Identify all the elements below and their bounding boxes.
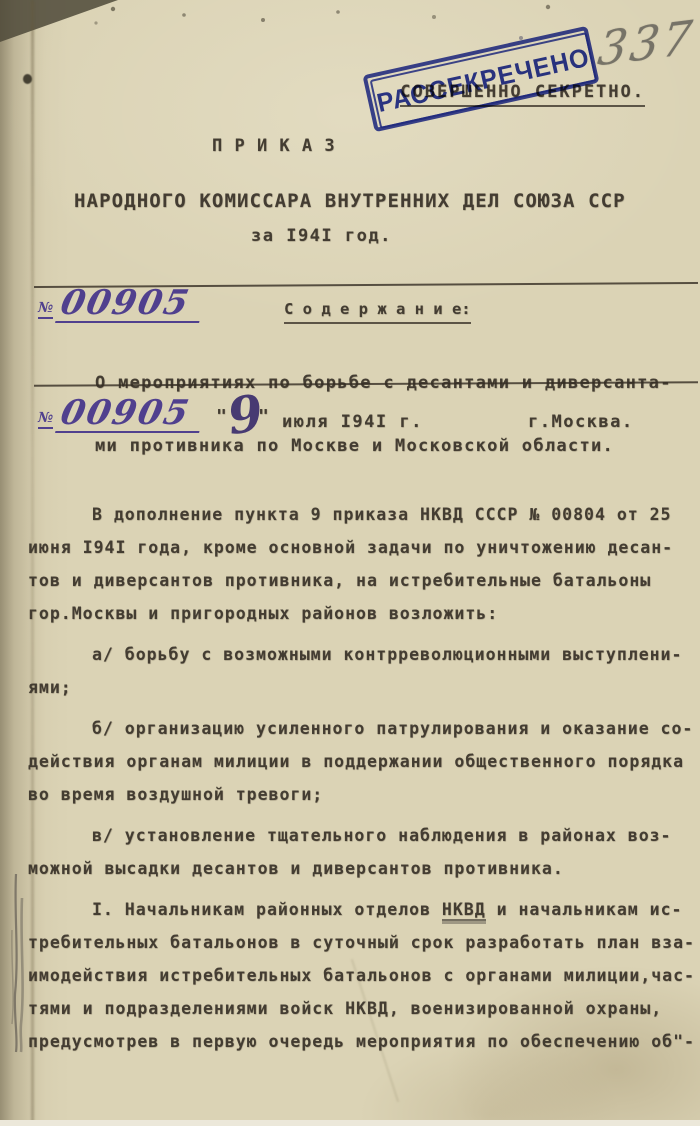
body-line: во время воздушной тревоги; [28,778,698,811]
body-line: действия органам милиции в поддержании о… [28,745,698,778]
body-line: В дополнение пункта 9 приказа НКВД СССР … [28,498,698,531]
handwritten-order-number-dateline: № 00905 [38,396,204,433]
number-sign: № [38,300,53,319]
body-line: имодействия истребительных батальонов с … [28,959,698,992]
body-line: I. Начальникам районных отделов НКВД и н… [28,893,698,926]
body-line: в/ установление тщательного наблюдения в… [28,819,698,852]
body-line: гор.Москвы и пригородных районов возложи… [28,597,698,630]
margin-pencil-marks [6,872,34,1054]
stamp-text: РАССЕКРЕЧЕНО [374,42,592,119]
handwritten-page-number: 337 [595,9,698,76]
stamp-inner-border: РАССЕКРЕЧЕНО [370,32,598,129]
order-title: П Р И К А З [212,136,336,156]
body-line: б/ организацию усиленного патрулирования… [28,712,698,745]
order-body: В дополнение пункта 9 приказа НКВД СССР … [28,490,698,1066]
pencil-underlined-word: НКВД [442,900,486,919]
body-line: а/ борьбу с возможными контрреволюционны… [28,638,698,671]
city: г.Москва. [528,412,634,432]
number-sign: № [38,410,53,429]
dust-specks [0,0,2,2]
body-line: можной высадки десантов и диверсантов пр… [28,852,698,885]
handwritten-order-number-summary: № 00905 [38,286,204,323]
date-open-quote: " [216,406,227,427]
body-line: тов и диверсантов противника, на истреби… [28,564,698,597]
page-bottom-edge [0,1120,700,1126]
body-line: предусмотрев в первую очередь мероприяти… [28,1025,698,1058]
body-line: тями и подразделениями войск НКВД, воени… [28,992,698,1025]
body-line: ями; [28,671,698,704]
summary-heading: С о д е р ж а н и е: [284,300,471,324]
body-line-segment: и начальникам ис- [486,900,683,919]
scan-corner-shadow [0,0,120,44]
body-line-segment: I. Начальникам районных отделов [92,900,442,919]
date-month-year: июля I94I г. [282,412,423,432]
punch-hole [23,74,32,84]
declassified-stamp: РАССЕКРЕЧЕНО [362,26,599,132]
handwritten-number: 00905 [55,396,207,433]
date-close-quote: " [258,406,269,427]
handwritten-number: 00905 [55,286,207,323]
body-line: требительных батальонов в суточный срок … [28,926,698,959]
document-page: 337 СОВЕРШЕННО СЕКРЕТНО. РАССЕКРЕЧЕНО П … [0,0,700,1126]
summary-line-2: ми противника по Москве и Московской обл… [95,436,672,457]
body-line: июня I94I года, кроме основной задачи по… [28,531,698,564]
order-year: за I94I год. [251,226,392,246]
order-issuer: НАРОДНОГО КОМИССАРА ВНУТРЕННИХ ДЕЛ СОЮЗА… [74,190,626,212]
